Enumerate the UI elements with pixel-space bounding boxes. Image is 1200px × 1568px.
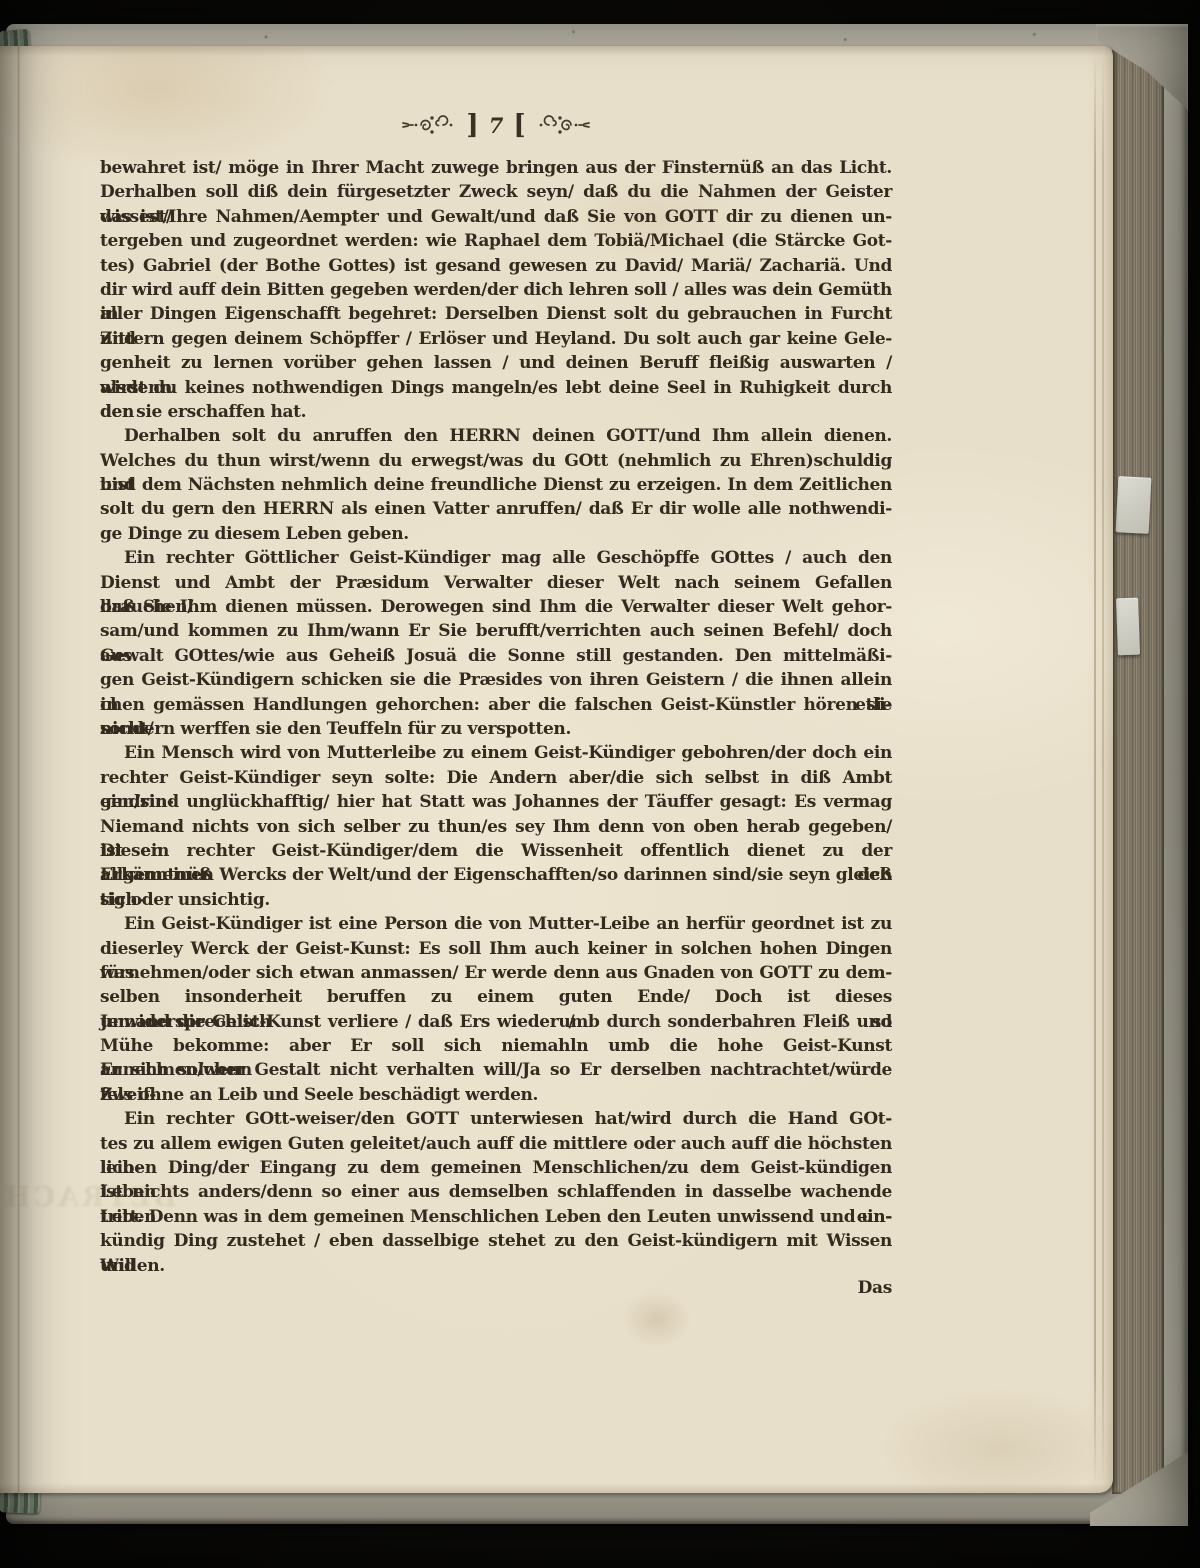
text-line: sondern werffen sie den Teuffeln für zu … — [100, 717, 892, 741]
text-line: Derhalben solt du anruffen den HERRN dei… — [100, 424, 892, 448]
page-scan: ] 7 [ bewahret ist/ möge in Ihrer Macht … — [0, 46, 1113, 1493]
paragraph: Ein rechter GOtt-weiser/den GOTT unterwi… — [100, 1107, 892, 1278]
text-line: Ein rechter GOtt-weiser/den GOTT unterwi… — [100, 1107, 892, 1131]
text-line: Ein rechter Göttlicher Geist-Kündiger ma… — [100, 546, 892, 570]
fleuron-ornament-left — [401, 114, 459, 136]
text-line: Mühe bekomme: aber Er soll sich niemahln… — [100, 1034, 892, 1058]
text-line: der sie erschaffen hat. — [100, 400, 892, 424]
text-line: Willen. — [100, 1254, 892, 1278]
text-line: dieserley Werck der Geist-Kunst: Es soll… — [100, 937, 892, 961]
paragraph: Ein Geist-Kündiger ist eine Person die v… — [100, 912, 892, 1107]
text-line: ist ein rechter Geist-Kündiger/dem die W… — [100, 839, 892, 863]
text-line: wirst du keines nothwendigen Dings mange… — [100, 376, 892, 400]
text-line: tergeben und zugeordnet werden: wie Raph… — [100, 229, 892, 253]
text-line: ge Dinge zu diesem Leben geben. — [100, 522, 892, 546]
folio-bracket-right: [ — [513, 111, 525, 138]
text-line: das ist/Ihre Nahmen/Aempter und Gewalt/u… — [100, 205, 892, 229]
text-block: bewahret ist/ möge in Ihrer Macht zuwege… — [100, 156, 892, 1278]
text-line: gen/sind unglückhafftig/ hier hat Statt … — [100, 790, 892, 814]
running-head: ] 7 [ — [100, 108, 892, 142]
text-line: tes zu allem ewigen Guten geleitet/auch … — [100, 1132, 892, 1156]
text-line: Ein Mensch wird von Mutterleibe zu einem… — [100, 741, 892, 765]
gutter-crease — [17, 46, 20, 1493]
book-fore-edge-pages — [1112, 46, 1164, 1494]
text-line: Niemand nichts von sich selber zu thun/e… — [100, 815, 892, 839]
paragraph: Ein Mensch wird von Mutterleibe zu einem… — [100, 741, 892, 912]
text-line: Gewalt GOttes/wie aus Geheiß Josuä die S… — [100, 644, 892, 668]
text-line: Zittern gegen deinem Schöpffer / Erlöser… — [100, 327, 892, 351]
text-line: ist nichts anders/denn so einer aus dems… — [100, 1180, 892, 1204]
text-line: bewahret ist/ möge in Ihrer Macht zuwege… — [100, 156, 892, 180]
text-line: solt du gern den HERRN als einen Vatter … — [100, 497, 892, 521]
text-line: und dem Nächsten nehmlich deine freundli… — [100, 473, 892, 497]
text-line: aller Dingen Eigenschafft begehret: Ders… — [100, 302, 892, 326]
text-line: sam/und kommen zu Ihm/wann Er Sie beruff… — [100, 619, 892, 643]
sheet-edge-line — [1094, 52, 1096, 1488]
text-line: tritt. Denn was in dem gemeinen Menschli… — [100, 1205, 892, 1229]
text-line: tes) Gabriel (der Bothe Gottes) ist gesa… — [100, 254, 892, 278]
text-line: Welches du thun wirst/wenn du erwegst/wa… — [100, 449, 892, 473]
folio-bracket-left: ] — [466, 111, 478, 138]
catchword: Das — [858, 1278, 892, 1298]
paragraph: Derhalben solt du anruffen den HERRN dei… — [100, 424, 892, 546]
text-line: kündig Ding zustehet / eben dasselbige s… — [100, 1229, 892, 1253]
fleuron-ornament-right — [533, 114, 591, 136]
text-line: chen gemässen Handlungen gehorchen: aber… — [100, 693, 892, 717]
page-number: 7 — [486, 113, 507, 138]
text-line: Jemand die Geist-Kunst verliere / daß Er… — [100, 1010, 892, 1034]
text-line: lichen Ding/der Eingang zu dem gemeinen … — [100, 1156, 892, 1180]
paragraph: Ein rechter Göttlicher Geist-Kündiger ma… — [100, 546, 892, 741]
text-line: Derhalben soll diß dein fürgesetzter Zwe… — [100, 180, 892, 204]
text-line: gen Geist-Kündigern schicken sie die Præ… — [100, 668, 892, 692]
sheet-edge-line — [1102, 52, 1104, 1488]
text-line: genheit zu lernen vorüber gehen lassen /… — [100, 351, 892, 375]
text-line: fels ohne an Leib und Seele beschädigt w… — [100, 1083, 892, 1107]
text-line: fürnehmen/oder sich etwan anmassen/ Er w… — [100, 961, 892, 985]
text-line: allgemeinen Wercks der Welt/und der Eige… — [100, 863, 892, 887]
text-line: daß Sie Ihm dienen müssen. Derowegen sin… — [100, 595, 892, 619]
text-line: rechter Geist-Kündiger seyn solte: Die A… — [100, 766, 892, 790]
bookmark-tab — [1116, 476, 1152, 534]
text-line: Er sich solcher Gestalt nicht verhalten … — [100, 1058, 892, 1082]
text-line: selben insonderheit beruffen zu einem gu… — [100, 985, 892, 1009]
text-line: Ein Geist-Kündiger ist eine Person die v… — [100, 912, 892, 936]
text-line: dir wird auff dein Bitten gegeben werden… — [100, 278, 892, 302]
ink-showthrough-ghost: BETRACH — [2, 1182, 177, 1213]
text-line: tig oder unsichtig. — [100, 888, 892, 912]
paragraph: bewahret ist/ möge in Ihrer Macht zuwege… — [100, 156, 892, 424]
bookmark-tab — [1116, 598, 1140, 656]
text-line: Dienst und Ambt der Præsidum Verwalter d… — [100, 571, 892, 595]
